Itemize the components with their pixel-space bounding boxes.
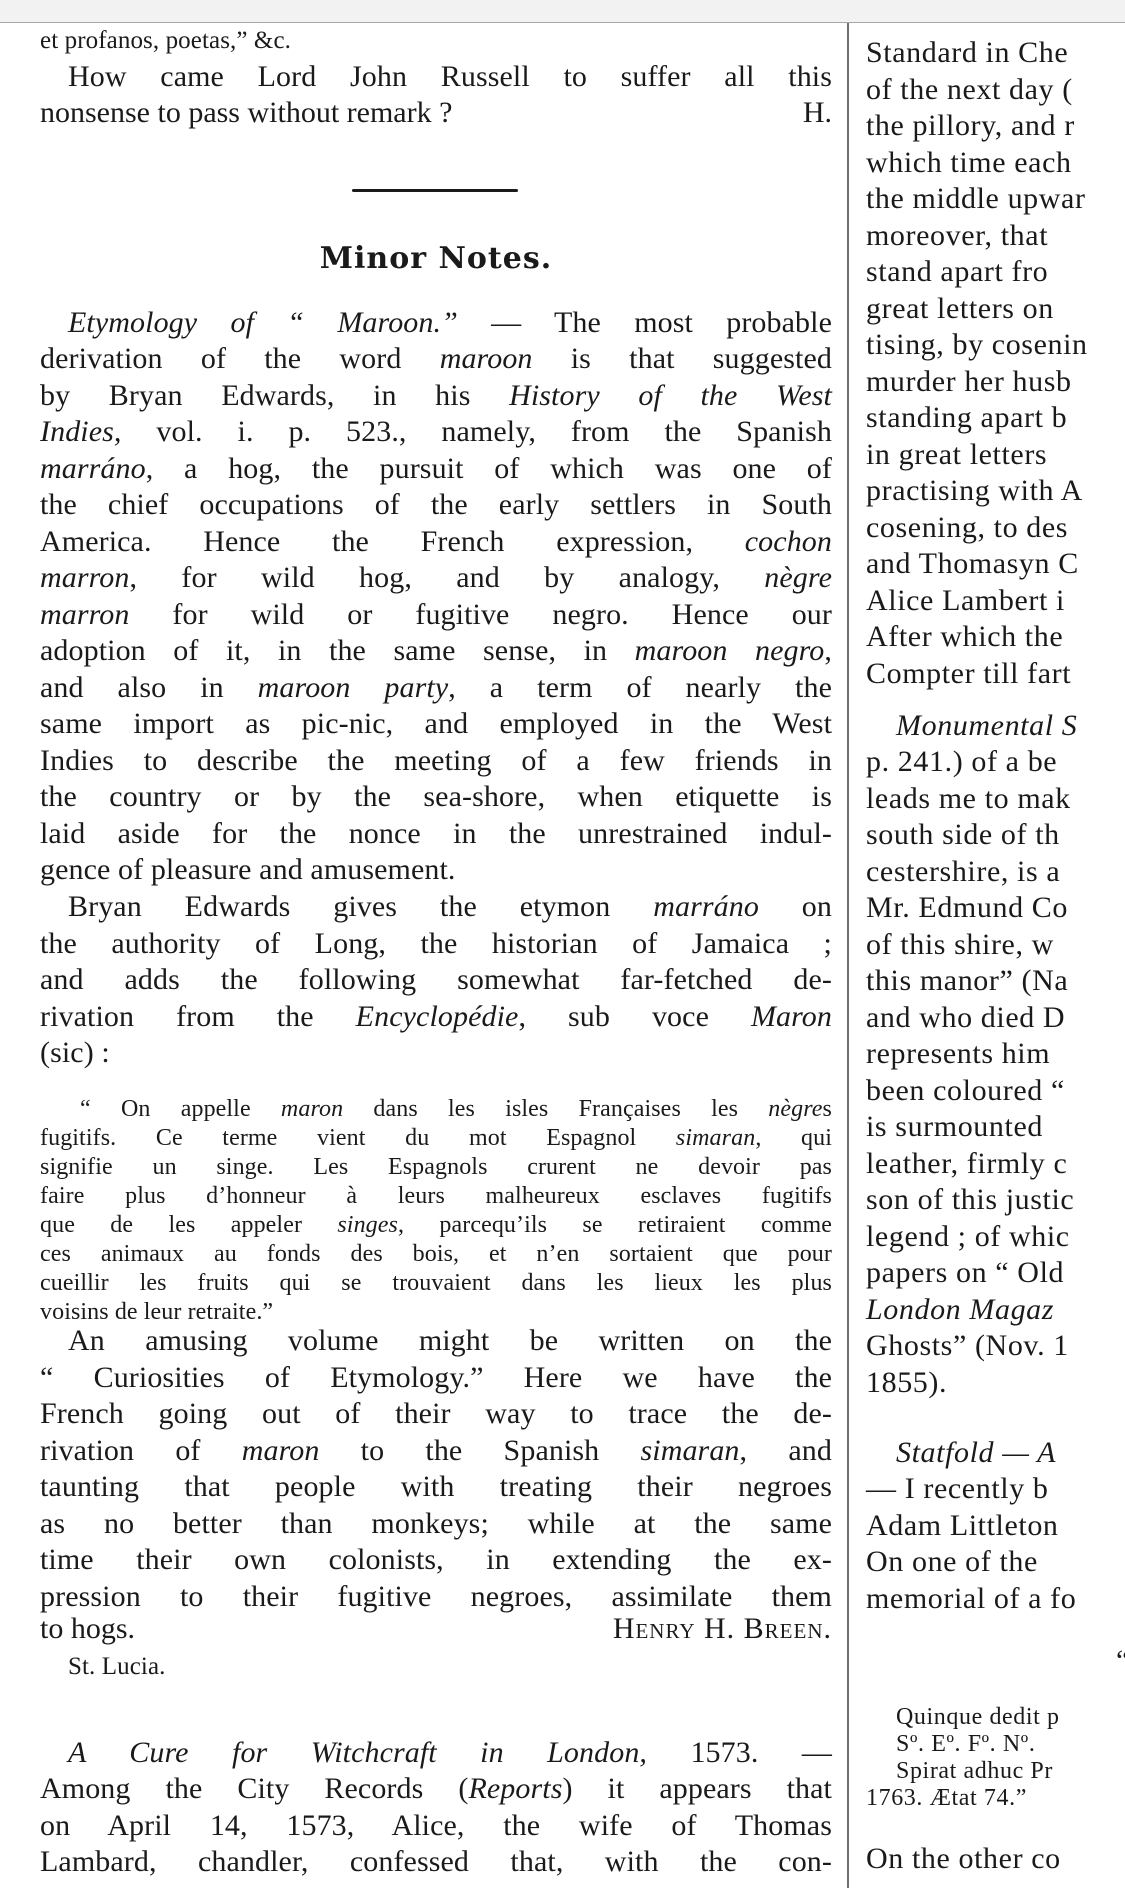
article-title: Etymology of “ Maroon.” <box>68 306 458 339</box>
question-line: How came Lord John Russell to suffer all… <box>40 59 832 95</box>
body-line: On the other co <box>866 1841 1061 1877</box>
body-line: represents him <box>866 1036 1050 1072</box>
body-line: adoption of it, in the same sense, in ma… <box>40 633 832 669</box>
document-page: et profanos, poetas,” &c. How came Lord … <box>0 23 1125 1888</box>
author-location: St. Lucia. <box>40 1649 860 1685</box>
body-line: and adds the following somewhat far-fetc… <box>40 962 832 998</box>
quote-line: cueillir les fruits qui se trouvaient da… <box>40 1269 832 1298</box>
body-line: the authority of Long, the historian of … <box>40 926 832 962</box>
signature: H. <box>803 95 832 131</box>
question-signoff-row: nonsense to pass without remark ? H. <box>40 95 832 131</box>
body-line: leather, firmly c <box>866 1146 1067 1182</box>
body-line: Indies to describe the meeting of a few … <box>40 743 832 779</box>
body-line: An amusing volume might be written on th… <box>40 1323 832 1359</box>
article-title-line: A Cure for Witchcraft in London, 1573. — <box>40 1735 832 1771</box>
body-line: same import as pic-nic, and employed in … <box>40 706 832 742</box>
body-line: moreover, that <box>866 218 1048 254</box>
body-line: the pillory, and r <box>866 108 1075 144</box>
body-line: as no better than monkeys; while at the … <box>40 1506 832 1542</box>
body-line: stand apart fro <box>866 254 1048 290</box>
body-line: murder her husb <box>866 364 1072 400</box>
fragment-text: et profanos, poetas,” &c. <box>40 23 832 59</box>
body-line: legend ; of whic <box>866 1219 1070 1255</box>
body-line: cosening, to des <box>866 510 1068 546</box>
body-line: marron, for wild hog, and by analogy, nè… <box>40 560 832 596</box>
body-line: laid aside for the nonce in the unrestra… <box>40 816 832 852</box>
body-line: and who died D <box>866 1000 1065 1036</box>
body-line: rivation from the Encyclopédie, sub voce… <box>40 999 832 1035</box>
body-line: Alice Lambert i <box>866 583 1065 619</box>
body-line: “ Curiosities of Etymology.” Here we hav… <box>40 1360 832 1396</box>
quote-line: que de les appeler singes, parcequ’ils s… <box>40 1211 832 1240</box>
body-line: 1855). <box>866 1365 947 1401</box>
author-name: Henry H. Breen. <box>613 1611 832 1647</box>
body-line: p. 241.) of a be <box>866 744 1057 780</box>
body-line: London Magaz <box>866 1292 1054 1328</box>
inscription-line: 1763. Ætat 74.” <box>866 1784 1027 1812</box>
inscription-line: Sº. Eº. Fº. Nº. <box>896 1730 1035 1758</box>
body-line: and also in maroon party, a term of near… <box>40 670 832 706</box>
top-toolbar <box>0 0 1125 23</box>
quote-line: “ On appelle maron dans les isles França… <box>40 1095 832 1124</box>
body-line: the middle upwar <box>866 181 1086 217</box>
body-line: in great letters <box>866 437 1047 473</box>
body-line: to hogs. <box>40 1611 135 1647</box>
body-line: Mr. Edmund Co <box>866 890 1068 926</box>
body-line: and Thomasyn C <box>866 546 1079 582</box>
body-line: leads me to mak <box>866 781 1071 817</box>
signoff-row: to hogs. Henry H. Breen. <box>40 1611 832 1647</box>
body-line: (sic) : <box>40 1035 832 1071</box>
body-line: which time each <box>866 145 1072 181</box>
body-line: great letters on <box>866 291 1054 327</box>
body-line: the country or by the sea-shore, when et… <box>40 779 832 815</box>
body-line: On one of the <box>866 1544 1038 1580</box>
body-line: of this shire, w <box>866 927 1054 963</box>
body-line: rivation of maron to the Spanish simaran… <box>40 1433 832 1469</box>
quote-line: ces animaux au fonds des bois, et n’en s… <box>40 1240 832 1269</box>
body-line: Standard in Che <box>866 35 1068 71</box>
body-line: standing apart b <box>866 400 1067 436</box>
body-line: south side of th <box>866 817 1060 853</box>
body-line: tising, by cosenin <box>866 327 1088 363</box>
body-line: Ghosts” (Nov. 1 <box>866 1328 1069 1364</box>
body-line: practising with A <box>866 473 1083 509</box>
quote-line: fugitifs. Ce terme vient du mot Espagnol… <box>40 1124 832 1153</box>
body-line: derivation of the word maroon is that su… <box>40 341 832 377</box>
body-line: Lambard, chandler, confessed that, with … <box>40 1844 832 1880</box>
question-line: nonsense to pass without remark ? <box>40 95 452 131</box>
body-line: been coloured “ <box>866 1073 1065 1109</box>
section-title: Minor Notes. <box>40 241 832 276</box>
quote-line: faire plus d’honneur à leurs malheureux … <box>40 1182 832 1211</box>
quote-line: signifie un singe. Les Espagnols crurent… <box>40 1153 832 1182</box>
body-line: French going out of their way to trace t… <box>40 1396 832 1432</box>
body-line: this manor” (Na <box>866 963 1068 999</box>
inscription-line: Quinque dedit p <box>896 1703 1060 1731</box>
article-title: Statfold — A <box>896 1435 1056 1471</box>
body-line: cestershire, is a <box>866 854 1060 890</box>
body-line: Bryan Edwards gives the etymon marráno o… <box>40 889 832 925</box>
quote-mark: “ <box>1116 1643 1125 1679</box>
body-line: time their own colonists, in extending t… <box>40 1542 832 1578</box>
body-line: marráno, a hog, the pursuit of which was… <box>40 451 832 487</box>
article-title-line: Etymology of “ Maroon.” — The most proba… <box>40 305 832 341</box>
article-title: A Cure for Witchcraft in London, <box>68 1736 647 1769</box>
body-line: Indies, vol. i. p. 523., namely, from th… <box>40 414 832 450</box>
body-line: — I recently b <box>866 1471 1049 1507</box>
article-title: Monumental S <box>896 708 1077 744</box>
body-line: Compter till fart <box>866 656 1071 692</box>
body-line: on April 14, 1573, Alice, the wife of Th… <box>40 1808 832 1844</box>
body-line: gence of pleasure and amusement. <box>40 852 832 888</box>
body-line: Adam Littleton <box>866 1508 1059 1544</box>
body-line: marron for wild or fugitive negro. Hence… <box>40 597 832 633</box>
body-line: taunting that people with treating their… <box>40 1469 832 1505</box>
body-line: of the next day ( <box>866 72 1073 108</box>
body-line: the chief occupations of the early settl… <box>40 487 832 523</box>
inscription-line: Spirat adhuc Pr <box>896 1757 1053 1785</box>
body-line: memorial of a fo <box>866 1581 1076 1617</box>
body-line: America. Hence the French expression, co… <box>40 524 832 560</box>
body-line: papers on “ Old <box>866 1255 1064 1291</box>
body-line: After which the <box>866 619 1063 655</box>
body-line: son of this justic <box>866 1182 1074 1218</box>
body-line: pression to their fugitive negroes, assi… <box>40 1579 832 1615</box>
section-rule <box>352 189 518 192</box>
body-line: by Bryan Edwards, in his History of the … <box>40 378 832 414</box>
column-divider <box>847 23 849 1888</box>
body-line: is surmounted <box>866 1109 1043 1145</box>
body-line: Among the City Records (Reports) it appe… <box>40 1771 832 1807</box>
